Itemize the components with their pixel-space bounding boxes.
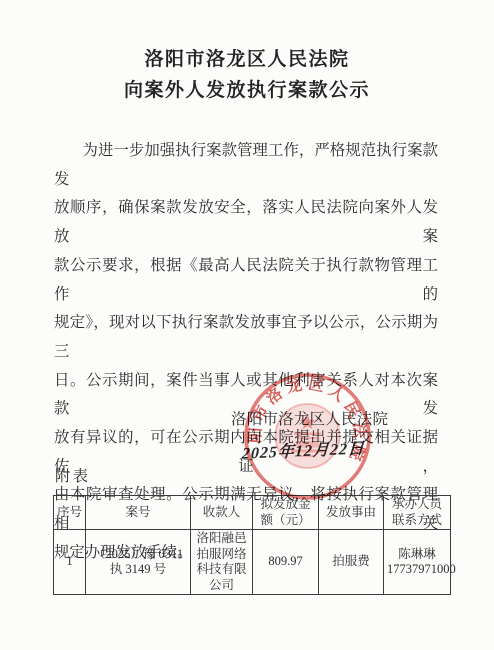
title-line-2: 向案外人发放执行案款公示 <box>0 75 494 106</box>
cell-seq: 1 <box>54 530 86 595</box>
title-line-1: 洛阳市洛龙区人民法院 <box>0 44 494 75</box>
signature-court-name: 洛阳市洛龙区人民法院 <box>231 407 388 429</box>
header-amount: 拟发放金额（元） <box>253 496 319 530</box>
cell-amount: 809.97 <box>253 530 319 595</box>
paragraph-line: 规定》，现对以下执行案款发放事宜予以公示，公示期为三 <box>54 309 438 366</box>
header-seq: 序号 <box>54 496 86 530</box>
contact-phone: 17737971000 <box>387 562 447 578</box>
cell-reason: 拍服费 <box>319 530 384 595</box>
header-payee: 收款人 <box>191 496 253 530</box>
paragraph-line: 款公示要求，根据《最高人民法院关于执行款物管理工作的 <box>54 252 438 309</box>
paragraph-line: 放顺序，确保案款发放安全，落实人民法院向案外人发放案 <box>54 194 438 251</box>
cell-payee: 洛阳融邑拍服网络科技有限公司 <box>191 530 253 595</box>
document-title: 洛阳市洛龙区人民法院 向案外人发放执行案款公示 <box>0 44 494 106</box>
header-reason: 发放事由 <box>319 496 384 530</box>
attachment-label: 附表 <box>55 464 90 486</box>
header-case-no: 案号 <box>86 496 191 530</box>
table-row: 1 （2025）豫 0311 执 3149 号 洛阳融邑拍服网络科技有限公司 8… <box>54 530 451 595</box>
cell-case-no: （2025）豫 0311 执 3149 号 <box>86 530 191 595</box>
payout-table: 序号 案号 收款人 拟发放金额（元） 发放事由 承办人员联系方式 1 （2025… <box>53 495 451 595</box>
table-header-row: 序号 案号 收款人 拟发放金额（元） 发放事由 承办人员联系方式 <box>54 496 451 530</box>
header-contact: 承办人员联系方式 <box>384 496 451 530</box>
document-page: 洛阳市洛龙区人民法院 向案外人发放执行案款公示 为进一步加强执行案款管理工作，严… <box>0 0 494 650</box>
contact-name: 陈琳琳 <box>387 547 447 563</box>
paragraph-line: 为进一步加强执行案款管理工作，严格规范执行案款发 <box>54 137 438 194</box>
cell-contact: 陈琳琳 17737971000 <box>384 530 451 595</box>
